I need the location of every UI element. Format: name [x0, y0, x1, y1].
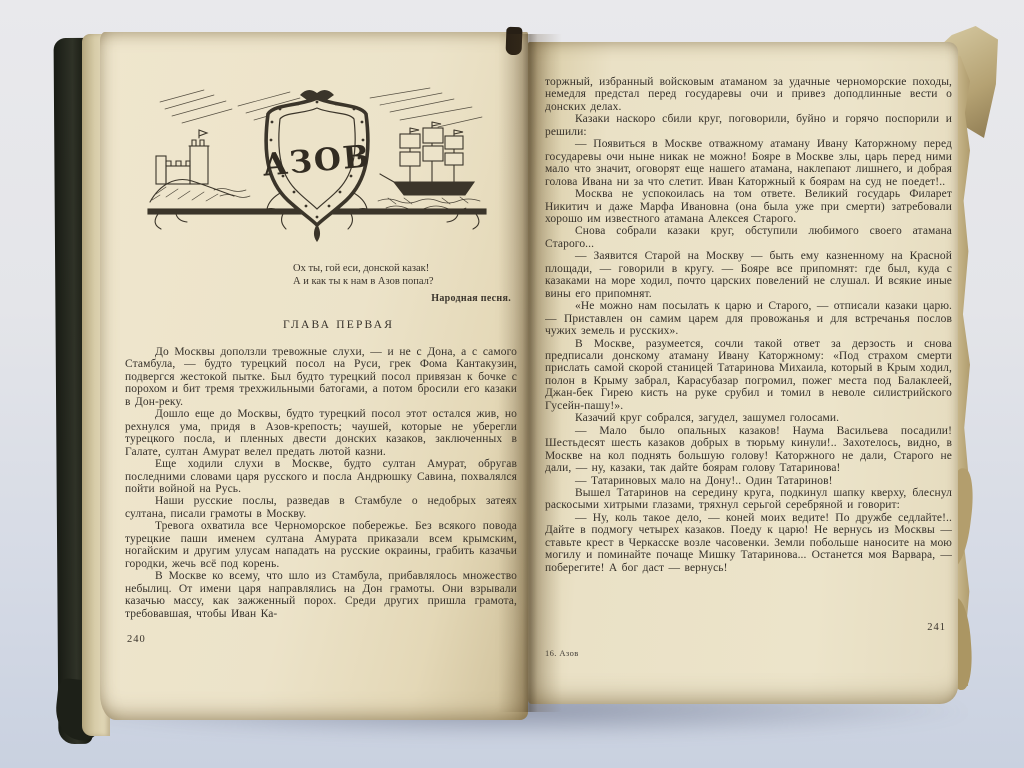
body-paragraph: В Москве, разумеется, сочли такой ответ …: [545, 338, 952, 413]
body-paragraph: «Не можно нам посылать к царю и Старого,…: [545, 300, 952, 337]
body-paragraph: Москва не успокоилась на том ответе. Вел…: [545, 188, 952, 225]
body-paragraph: — Татариновых мало на Дону!.. Один Татар…: [545, 475, 952, 487]
body-paragraph: — Ну, коль такое дело, — коней моих веди…: [545, 512, 952, 574]
spine-notch: [506, 27, 523, 56]
page-number-right: 241: [927, 622, 946, 633]
right-page-body-text: торжный, избранный войсковым атаманом за…: [545, 76, 952, 652]
left-page-body-text: До Москвы доползли тревожные слухи, — и …: [125, 346, 517, 646]
body-paragraph: Казачий круг собрался, загудел, зашумел …: [545, 412, 952, 424]
body-paragraph: Наши русские послы, разведав в Стамбуле …: [125, 495, 517, 520]
body-paragraph: — Заявится Старой на Москву — быть ему к…: [545, 250, 952, 300]
right-page: торжный, избранный войсковым атаманом за…: [528, 42, 958, 704]
epigraph-line: Ох ты, гой еси, донской казак!: [293, 262, 511, 275]
epigraph-line: А и как ты к нам в Азов попал?: [293, 275, 511, 288]
shield-illustration: АЗОВ: [261, 90, 373, 241]
azov-chapter-vignette: АЗОВ: [142, 82, 492, 244]
body-paragraph: Дошло еще до Москвы, будто турецкий посо…: [125, 408, 517, 458]
body-paragraph: До Москвы доползли тревожные слухи, — и …: [125, 346, 517, 408]
page-number-left: 240: [127, 634, 146, 645]
fortress-illustration: [150, 130, 250, 202]
epigraph-attribution: Народная песня.: [293, 292, 511, 305]
book-photo: АЗОВ Ох ты, гой еси, донской казак! А и …: [0, 0, 1024, 768]
body-paragraph: Снова собрали казаки круг, обступили люб…: [545, 225, 952, 250]
body-paragraph: В Москве ко всему, что шло из Стамбула, …: [125, 570, 517, 620]
epigraph: Ох ты, гой еси, донской казак! А и как т…: [293, 262, 511, 305]
body-paragraph: торжный, избранный войсковым атаманом за…: [545, 76, 952, 113]
body-paragraph: Вышел Татаринов на середину круга, подки…: [545, 487, 952, 512]
body-paragraph: Еще ходили слухи в Москве, будто султан …: [125, 458, 517, 495]
body-paragraph: Казаки наскоро сбили круг, поговорили, б…: [545, 113, 952, 138]
left-page: АЗОВ Ох ты, гой еси, донской казак! А и …: [100, 32, 528, 720]
body-paragraph: — Появиться в Москве отважному атаману И…: [545, 138, 952, 188]
ship-illustration: [378, 122, 480, 210]
signature-mark: 16. Азов: [545, 648, 579, 658]
body-paragraph: — Мало было опальных казаков! Наума Васи…: [545, 425, 952, 475]
body-paragraph: Тревога охватила все Черноморское побере…: [125, 520, 517, 570]
chapter-heading: ГЛАВА ПЕРВАЯ: [283, 319, 394, 331]
